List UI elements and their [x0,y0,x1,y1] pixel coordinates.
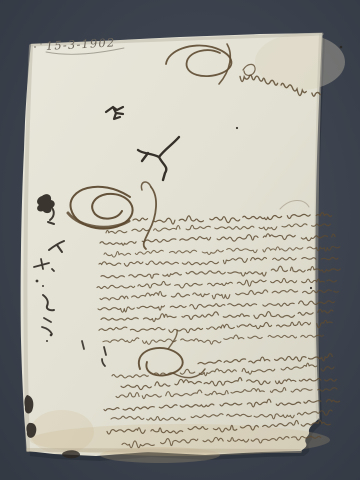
ink-dot [46,340,48,342]
ink-dot [236,127,238,129]
ink-dot [50,334,53,337]
ink-dot [42,285,44,287]
stain-bottom-left [30,410,94,454]
ink-dot [310,287,312,289]
ink-dot [36,280,39,283]
pencil-dot [40,43,41,44]
manuscript-canvas: 15-3-1902 [0,0,360,480]
pencil-dot [34,46,36,48]
ink-dot [340,46,343,49]
manuscript-photo: 15-3-1902 [0,0,360,480]
paper-sheet [21,33,322,456]
stain-top-right [255,34,345,90]
